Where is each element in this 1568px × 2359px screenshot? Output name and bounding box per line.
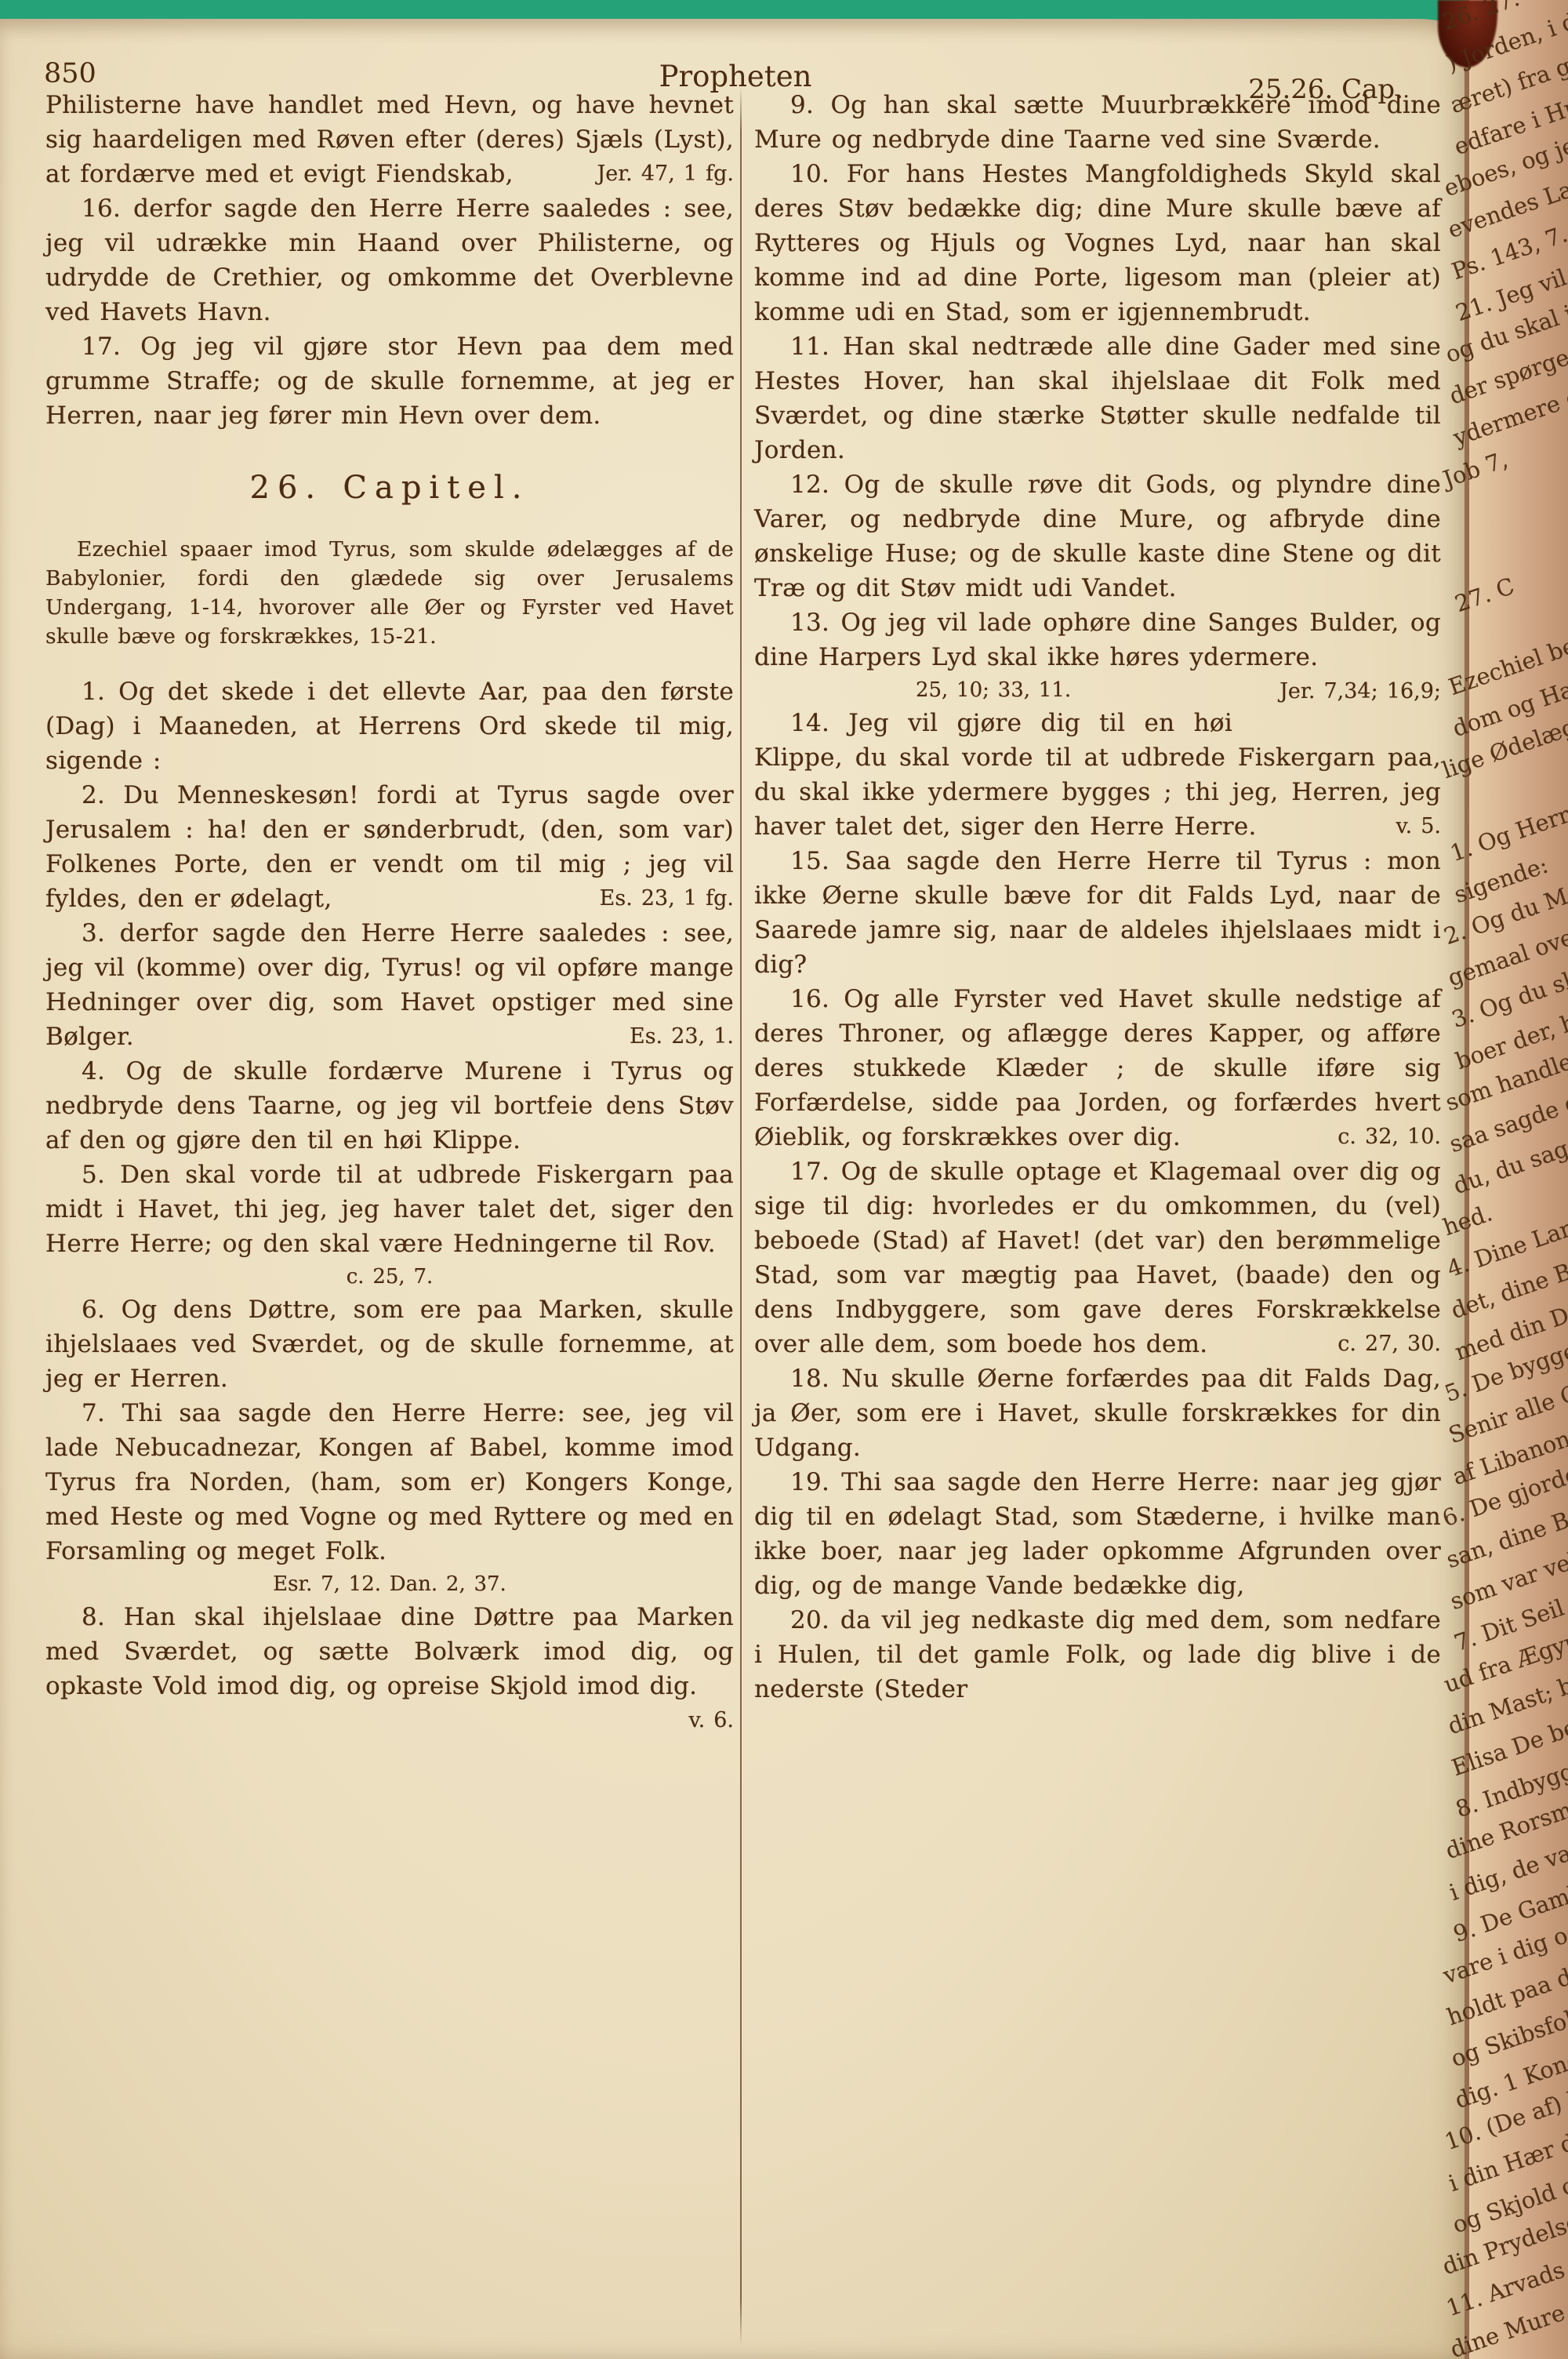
verse-paragraph: 19. Thi saa sagde den Herre Herre: naar … (754, 1465, 1441, 1603)
text-column-left: Philisterne have handlet med Hevn, og ha… (45, 88, 734, 1738)
verse-paragraph: 12. Og de skulle røve dit Gods, og plynd… (754, 467, 1441, 605)
verse-paragraph: 8. Han skal ihjelslaae dine Døttre paa M… (45, 1600, 734, 1703)
book-photo: { "page": { "number": "850", "running_ti… (0, 0, 1568, 2359)
verse-paragraph: 17. Og jeg vil gjøre stor Hevn paa dem m… (45, 329, 734, 433)
verse-paragraph: 1. Og det skede i det ellevte Aar, paa d… (45, 674, 734, 778)
verse-paragraph: 7. Thi saa sagde den Herre Herre: see, j… (45, 1396, 734, 1568)
verse-paragraph: 20. da vil jeg nedkaste dig med dem, som… (754, 1603, 1441, 1707)
verse-paragraph: 16. Og alle Fyrster ved Havet skulle ned… (754, 982, 1441, 1154)
verse-paragraph: 11. Han skal nedtræde alle dine Gader me… (754, 329, 1441, 467)
scripture-reference-line: c. 25, 7. (45, 1261, 734, 1292)
verse-paragraph: 14. Jeg vil gjøre dig til en høi Klippe,… (754, 706, 1441, 844)
scripture-reference: c. 27, 30. (1290, 1327, 1441, 1361)
verse-paragraph: 2. Du Menneskesøn! fordi at Tyrus sagde … (45, 778, 734, 916)
verse-paragraph: 18. Nu skulle Øerne forfærdes paa dit Fa… (754, 1361, 1441, 1465)
chapter-heading: 26. Capitel. (45, 471, 734, 505)
adjacent-page-text-line: 1. Og Herrens (1446, 788, 1568, 867)
book-page: 850 Propheten 25.26. Cap. Philisterne ha… (0, 19, 1471, 2359)
verse-paragraph: 16. derfor sagde den Herre Herre saalede… (45, 191, 734, 329)
adjacent-page: 26. 27. Cap.) Jorden, i deæret) fra game… (1439, 0, 1568, 2359)
scripture-reference: Jer. 47, 1 fg. (586, 157, 734, 191)
scripture-reference: v. 6. (642, 1703, 734, 1738)
verse-paragraph: 9. Og han skal sætte Muurbrækkere imod d… (754, 88, 1441, 157)
adjacent-page-text-line: Job 7, (1439, 446, 1511, 493)
scripture-reference: c. 32, 10. (1290, 1120, 1441, 1154)
column-divider-rule (740, 86, 742, 2345)
verse-paragraph: 17. Og de skulle optage et Klagemaal ove… (754, 1154, 1441, 1361)
verse-paragraph: Philisterne have handlet med Hevn, og ha… (45, 88, 734, 191)
chapter-summary: Ezechiel spaaer imod Tyrus, som skulde ø… (45, 535, 734, 651)
scripture-reference: Es. 23, 1. (583, 1020, 734, 1054)
scripture-reference: Jer. 7,34; 16,9; (1232, 674, 1441, 709)
verse-paragraph: 3. derfor sagde den Herre Herre saaledes… (45, 916, 734, 1054)
scripture-reference: v. 5. (1349, 809, 1441, 844)
verse-paragraph: 5. Den skal vorde til at udbrede Fiskerg… (45, 1158, 734, 1261)
verse-paragraph: 15. Saa sagde den Herre Herre til Tyrus … (754, 844, 1441, 982)
adjacent-page-text-line: 27. C (1451, 572, 1517, 617)
adjacent-page-text-line: hed. (1439, 1199, 1495, 1241)
scripture-reference: Es. 23, 1 fg. (553, 881, 734, 916)
verse-paragraph: 6. Og dens Døttre, som ere paa Marken, s… (45, 1292, 734, 1396)
verse-paragraph: 10. For hans Hestes Mangfoldigheds Skyld… (754, 157, 1441, 329)
verse-paragraph: 13. Og jeg vil lade ophøre dine Sanges B… (754, 605, 1441, 674)
text-column-right: 9. Og han skal sætte Muurbrækkere imod d… (754, 88, 1441, 1707)
scripture-reference-line: Esr. 7, 12. Dan. 2, 37. (45, 1568, 734, 1600)
verse-paragraph: 4. Og de skulle fordærve Murene i Tyrus … (45, 1054, 734, 1158)
